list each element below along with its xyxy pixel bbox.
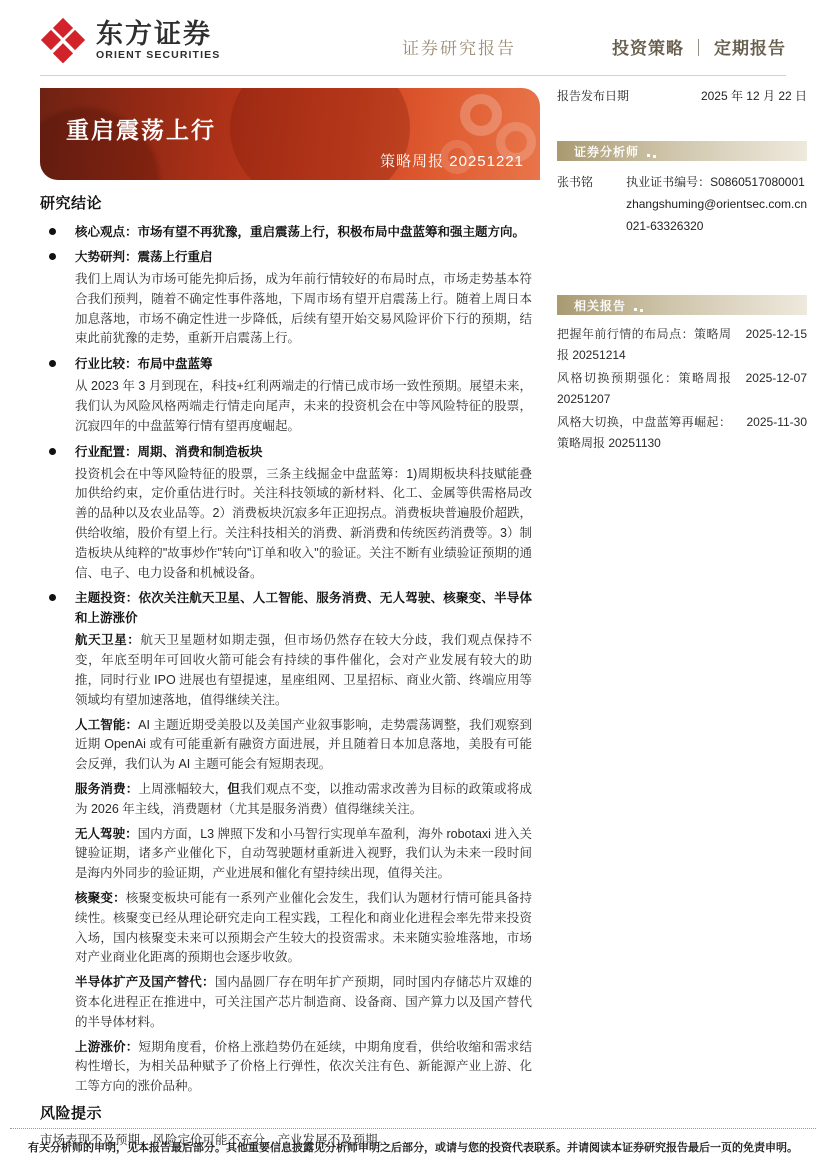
bullet-body: 航天卫星：航天卫星题材如期走强，但市场仍然存在较大分歧，我们观点保持不变，年底至… <box>75 631 532 1097</box>
bullet-paragraph: 投资机会在中等风险特征的股票，三条主线掘金中盘蓝筹：1)周期板块科技赋能叠加供给… <box>75 465 532 584</box>
main-content: 研究结论 核心观点：市场有望不再犹豫，重启震荡上行，积极布局中盘蓝筹和强主题方向… <box>40 192 532 1150</box>
paragraph-bold-segment: 航天卫星： <box>75 633 140 647</box>
related-report-date: 2025-11-30 <box>741 412 807 454</box>
paragraph-bold-segment: 无人驾驶： <box>75 827 138 841</box>
related-report-item[interactable]: 风格大切换，中盘蓝筹再崛起：策略周报 20251130 2025-11-30 <box>557 412 807 454</box>
brand-text: 东方证券 ORIENT SECURITIES <box>96 19 220 62</box>
analyst-email[interactable]: zhangshuming@orientsec.com.cn <box>626 193 807 215</box>
analyst-phone: 021-63326320 <box>626 215 807 237</box>
analyst-row: 张书铭 执业证书编号：S0860517080001 zhangshuming@o… <box>557 171 807 237</box>
research-bullet: 大势研判：震荡上行重启 我们上周认为市场可能先抑后扬，成为年前行情较好的布局时点… <box>40 247 532 349</box>
bullet-paragraph: 上游涨价：短期角度看，价格上涨趋势仍在延续，中期角度看，供给收缩和需求结构性增长… <box>75 1038 532 1097</box>
analyst-section-header: 证券分析师 <box>557 141 807 161</box>
bullet-lead: 核心观点：市场有望不再犹豫，重启震荡上行，积极布局中盘蓝筹和强主题方向。 <box>75 222 532 242</box>
bullet-paragraph: 人工智能：AI 主题近期受美股以及美国产业叙事影响，走势震荡调整，我们观察到近期… <box>75 716 532 775</box>
info-sidebar: 报告发布日期 2025 年 12 月 22 日 证券分析师 张书铭 执业证书编号… <box>557 88 807 456</box>
bullet-lead: 行业比较：布局中盘蓝筹 <box>75 354 532 374</box>
bullet-list: 核心观点：市场有望不再犹豫，重启震荡上行，积极布局中盘蓝筹和强主题方向。 大势研… <box>40 222 532 1097</box>
bullet-lead: 大势研判：震荡上行重启 <box>75 247 532 267</box>
related-report-title[interactable]: 风格大切换，中盘蓝筹再崛起：策略周报 20251130 <box>557 412 731 454</box>
paragraph-bold-segment: 半导体扩产及国产替代： <box>75 975 215 989</box>
analyst-details: 执业证书编号：S0860517080001 zhangshuming@orien… <box>626 171 807 237</box>
bullet-paragraph: 服务消费：上周涨幅较大，但我们观点不变，以推动需求改善为目标的政策或将成为 20… <box>75 780 532 820</box>
dots-decoration <box>647 154 650 157</box>
paragraph-segment: 航天卫星题材如期走强，但市场仍然存在较大分歧，我们观点保持不变，年底至明年可回收… <box>75 633 532 706</box>
category-primary: 投资策略 <box>612 39 684 58</box>
paragraph-segment: 投资机会在中等风险特征的股票，三条主线掘金中盘蓝筹：1)周期板块科技赋能叠加供给… <box>75 467 532 580</box>
paragraph-segment: 从 2023 年 3 月到现在，科技+红利两端走的行情已成市场一致性预期。展望未… <box>75 379 532 433</box>
bullet-lead: 行业配置：周期、消费和制造板块 <box>75 442 532 462</box>
page-footer: 有关分析师的申明，见本报告最后部分。其他重要信息披露见分析师申明之后部分，或请与… <box>10 1128 816 1155</box>
risk-section-title: 风险提示 <box>40 1102 532 1123</box>
category-divider: ｜ <box>690 34 708 59</box>
bullet-body: 从 2023 年 3 月到现在，科技+红利两端走的行情已成市场一致性预期。展望未… <box>75 377 532 436</box>
paragraph-segment: AI 主题近期受美股以及美国产业叙事影响，走势震荡调整，我们观察到近期 Open… <box>75 718 532 772</box>
paragraph-segment: 国内方面，L3 牌照下发和小马智行实现单车盈利，海外 robotaxi 进入关键… <box>75 827 532 881</box>
orient-securities-diamond-icon <box>40 17 86 63</box>
related-report-item[interactable]: 把握年前行情的布局点：策略周报 20251214 2025-12-15 <box>557 324 807 366</box>
report-page: 东方证券 ORIENT SECURITIES 证券研究报告 投资策略｜定期报告 … <box>0 0 826 1169</box>
research-bullet: 行业配置：周期、消费和制造板块 投资机会在中等风险特征的股票，三条主线掘金中盘蓝… <box>40 442 532 584</box>
paragraph-segment: 我们上周认为市场可能先抑后扬，成为年前行情较好的布局时点，市场走势基本符合我们预… <box>75 272 532 345</box>
section-title: 研究结论 <box>40 192 532 213</box>
brand-name-cn: 东方证券 <box>96 19 220 49</box>
bullet-lead: 主题投资：依次关注航天卫星、人工智能、服务消费、无人驾驶、核聚变、半导体和上游涨… <box>75 588 532 628</box>
brand-logo: 东方证券 ORIENT SECURITIES <box>40 17 220 63</box>
title-banner: 重启震荡上行 策略周报 20251221 <box>40 88 540 180</box>
research-bullet: 行业比较：布局中盘蓝筹 从 2023 年 3 月到现在，科技+红利两端走的行情已… <box>40 354 532 436</box>
bullet-paragraph: 我们上周认为市场可能先抑后扬，成为年前行情较好的布局时点，市场走势基本符合我们预… <box>75 270 532 349</box>
paragraph-bold-segment: 核聚变： <box>75 891 126 905</box>
bullet-paragraph: 半导体扩产及国产替代：国内晶圆厂存在明年扩产预期，同时国内存储芯片双雄的资本化进… <box>75 973 532 1032</box>
related-reports-header: 相关报告 <box>557 295 807 315</box>
report-subtitle: 策略周报 20251221 <box>380 150 524 171</box>
publish-date-value: 2025 年 12 月 22 日 <box>701 88 807 105</box>
publish-date-label: 报告发布日期 <box>557 88 629 105</box>
related-report-date: 2025-12-07 <box>741 368 807 410</box>
research-bullet: 主题投资：依次关注航天卫星、人工智能、服务消费、无人驾驶、核聚变、半导体和上游涨… <box>40 588 532 1097</box>
bullet-paragraph: 从 2023 年 3 月到现在，科技+红利两端走的行情已成市场一致性预期。展望未… <box>75 377 532 436</box>
related-header-label: 相关报告 <box>574 297 626 314</box>
page-header: 东方证券 ORIENT SECURITIES 证券研究报告 投资策略｜定期报告 <box>40 0 786 76</box>
bullet-paragraph: 无人驾驶：国内方面，L3 牌照下发和小马智行实现单车盈利，海外 robotaxi… <box>75 825 532 884</box>
analyst-header-label: 证券分析师 <box>574 143 639 160</box>
bullet-body: 我们上周认为市场可能先抑后扬，成为年前行情较好的布局时点，市场走势基本符合我们预… <box>75 270 532 349</box>
publish-date-row: 报告发布日期 2025 年 12 月 22 日 <box>557 88 807 105</box>
analyst-name: 张书铭 <box>557 171 626 237</box>
bullet-body: 投资机会在中等风险特征的股票，三条主线掘金中盘蓝筹：1)周期板块科技赋能叠加供给… <box>75 465 532 584</box>
brand-name-en: ORIENT SECURITIES <box>96 49 220 62</box>
related-report-date: 2025-12-15 <box>741 324 807 366</box>
report-title: 重启震荡上行 <box>66 112 216 145</box>
dots-decoration <box>634 308 637 311</box>
related-report-title[interactable]: 风格切换预期强化：策略周报 20251207 <box>557 368 731 410</box>
bullet-paragraph: 核聚变：核聚变板块可能有一系列产业催化会发生，我们认为题材行情可能具备持续性。核… <box>75 889 532 968</box>
banner-ring-decoration <box>460 94 502 136</box>
paragraph-segment: 短期角度看，价格上涨趋势仍在延续，中期角度看，供给收缩和需求结构性增长，为相关品… <box>75 1040 532 1094</box>
analyst-license: 执业证书编号：S0860517080001 <box>626 171 807 193</box>
paragraph-segment: 上周涨幅较大， <box>139 782 228 796</box>
related-report-item[interactable]: 风格切换预期强化：策略周报 20251207 2025-12-07 <box>557 368 807 410</box>
research-bullet: 核心观点：市场有望不再犹豫，重启震荡上行，积极布局中盘蓝筹和强主题方向。 <box>40 222 532 242</box>
footer-disclaimer: 有关分析师的申明，见本报告最后部分。其他重要信息披露见分析师申明之后部分，或请与… <box>10 1139 816 1155</box>
category-secondary: 定期报告 <box>714 39 786 58</box>
paragraph-bold-segment: 上游涨价： <box>75 1040 139 1054</box>
paragraph-segment: 核聚变板块可能有一系列产业催化会发生，我们认为题材行情可能具备持续性。核聚变已经… <box>75 891 532 964</box>
report-type-label: 证券研究报告 <box>402 34 516 59</box>
report-category: 投资策略｜定期报告 <box>612 34 786 59</box>
paragraph-bold-segment: 但 <box>227 782 240 796</box>
paragraph-bold-segment: 服务消费： <box>75 782 139 796</box>
related-report-title[interactable]: 把握年前行情的布局点：策略周报 20251214 <box>557 324 731 366</box>
related-reports-list: 把握年前行情的布局点：策略周报 20251214 2025-12-15 风格切换… <box>557 324 807 454</box>
bullet-paragraph: 航天卫星：航天卫星题材如期走强，但市场仍然存在较大分歧，我们观点保持不变，年底至… <box>75 631 532 710</box>
paragraph-bold-segment: 人工智能： <box>75 718 138 732</box>
